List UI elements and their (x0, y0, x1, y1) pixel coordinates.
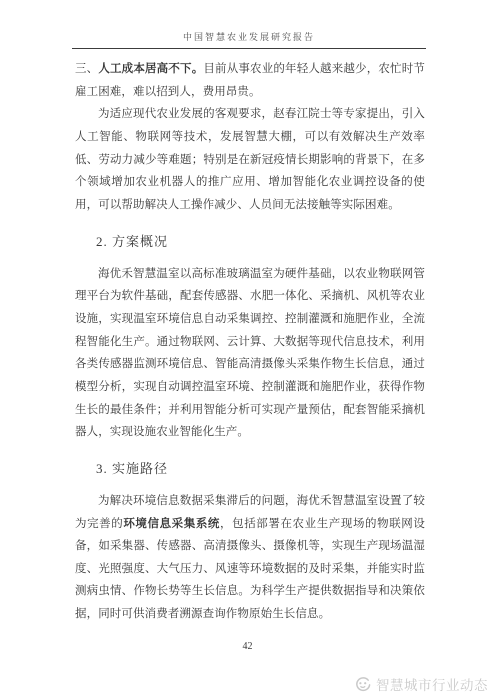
text-run: 海优禾智慧温室以高标准玻璃温室为硬件基础，以农业物联网管理平台为软件基础，配套传… (75, 268, 425, 439)
document-page: 中国智慧农业发展研究报告 三、人工成本居高不下。目前从事农业的年轻人越来越少，农… (0, 0, 495, 700)
paragraph: 海优禾智慧温室以高标准玻璃温室为硬件基础，以农业物联网管理平台为软件基础，配套传… (75, 263, 425, 444)
watermark: 智慧城市行业动态 (354, 674, 488, 694)
paragraph: 为解决环境信息数据采集滞后的问题，海优禾智慧温室设置了较为完善的环境信息采集系统… (75, 490, 425, 626)
page-header: 中国智慧农业发展研究报告 (72, 30, 426, 49)
running-head-title: 中国智慧农业发展研究报告 (183, 32, 315, 42)
text-run: 三、 (75, 63, 98, 75)
document-body: 三、人工成本居高不下。目前从事农业的年轻人越来越少，农忙时节雇工困难，难以招到人… (75, 58, 425, 626)
text-run: ，包括部署在农业生产现场的物联网设备，如采集器、传感器、高清摄像头、摄像机等，实… (75, 518, 425, 621)
bold-text-run: 环境信息采集系统 (123, 518, 220, 530)
watermark-label: 智慧城市行业动态 (376, 674, 488, 694)
section-heading: 2. 方案概况 (75, 233, 425, 251)
paragraph: 三、人工成本居高不下。目前从事农业的年轻人越来越少，农忙时节雇工困难，难以招到人… (75, 58, 425, 103)
bold-text-run: 人工成本居高不下。 (98, 63, 203, 75)
wechat-account-logo-icon (354, 676, 373, 693)
page-number: 42 (0, 641, 495, 652)
section-heading: 3. 实施路径 (75, 460, 425, 478)
paragraph: 为适应现代农业发展的客观要求，赵春江院士等专家提出，引入人工智能、物联网等技术，… (75, 103, 425, 216)
text-run: 为适应现代农业发展的客观要求，赵春江院士等专家提出，引入人工智能、物联网等技术，… (75, 108, 425, 211)
